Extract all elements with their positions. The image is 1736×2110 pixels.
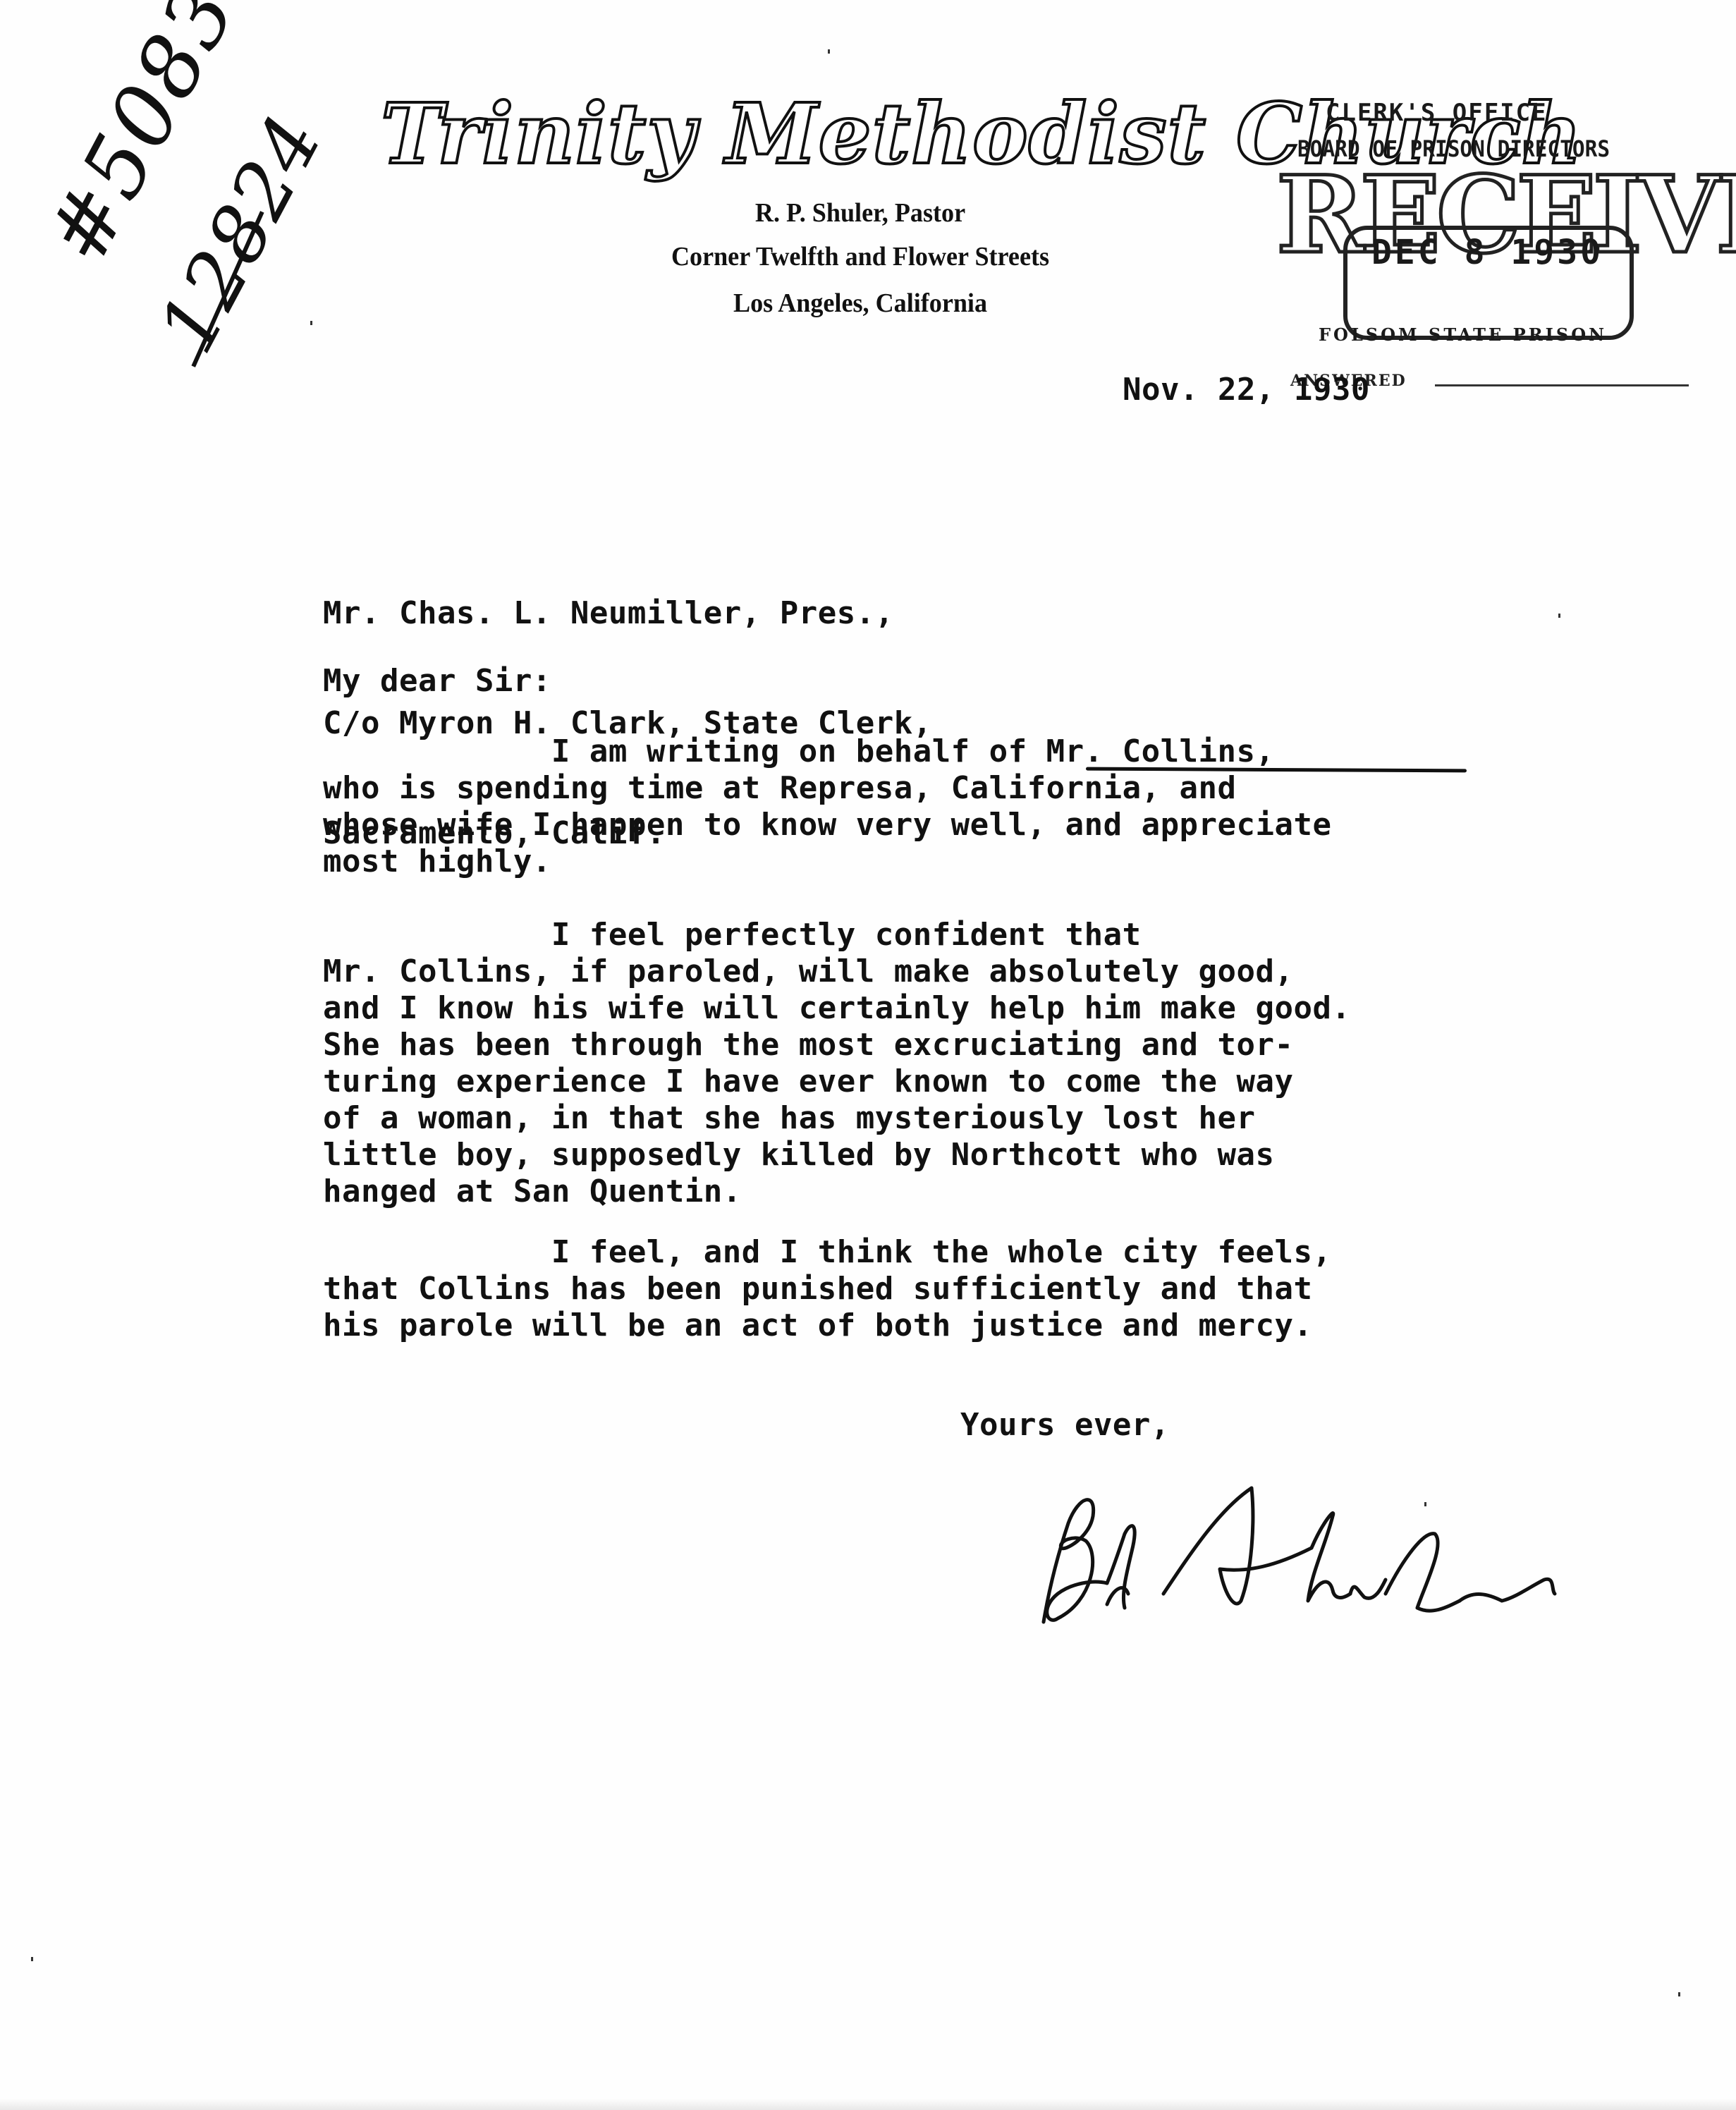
stamp-prison-name: FOLSOM STATE PRISON: [1319, 324, 1607, 345]
stamp-received-date: DEC 8 1930: [1371, 233, 1603, 272]
letterhead-city: Los Angeles, California: [559, 288, 1162, 319]
letter-page: #5083 12824 Trinity Methodist Church R. …: [0, 0, 1736, 2110]
closing: Yours ever,: [960, 1407, 1170, 1444]
stamp-clerks-office: CLERK'S OFFICE: [1326, 99, 1548, 127]
signature: [1008, 1467, 1615, 1650]
scan-speck: [310, 321, 312, 325]
salutation: My dear Sir:: [323, 663, 551, 700]
received-stamp: CLERK'S OFFICE BOARD OF PRISON DIRECTORS…: [1276, 99, 1685, 353]
letter-date: Nov. 22, 1930: [1123, 372, 1370, 408]
letterhead-pastor: R. P. Shuler, Pastor: [559, 197, 1162, 228]
letterhead-address: Corner Twelfth and Flower Streets: [559, 241, 1162, 272]
body-paragraph: I feel perfectly confident that Mr. Coll…: [323, 917, 1350, 1210]
body-paragraph: I feel, and I think the whole city feels…: [323, 1234, 1331, 1344]
stamp-answered-line: [1435, 384, 1689, 386]
scan-speck: [1424, 1502, 1426, 1506]
scan-speck: [828, 49, 830, 54]
scan-speck: [1558, 614, 1560, 618]
scan-bottom-edge: [0, 2098, 1736, 2110]
recipient-line: Mr. Chas. L. Neumiller, Pres.,: [323, 595, 932, 632]
scan-speck: [1678, 1992, 1680, 1996]
scan-speck: [31, 1957, 33, 1961]
body-paragraph: I am writing on behalf of Mr. Collins, w…: [323, 733, 1331, 880]
